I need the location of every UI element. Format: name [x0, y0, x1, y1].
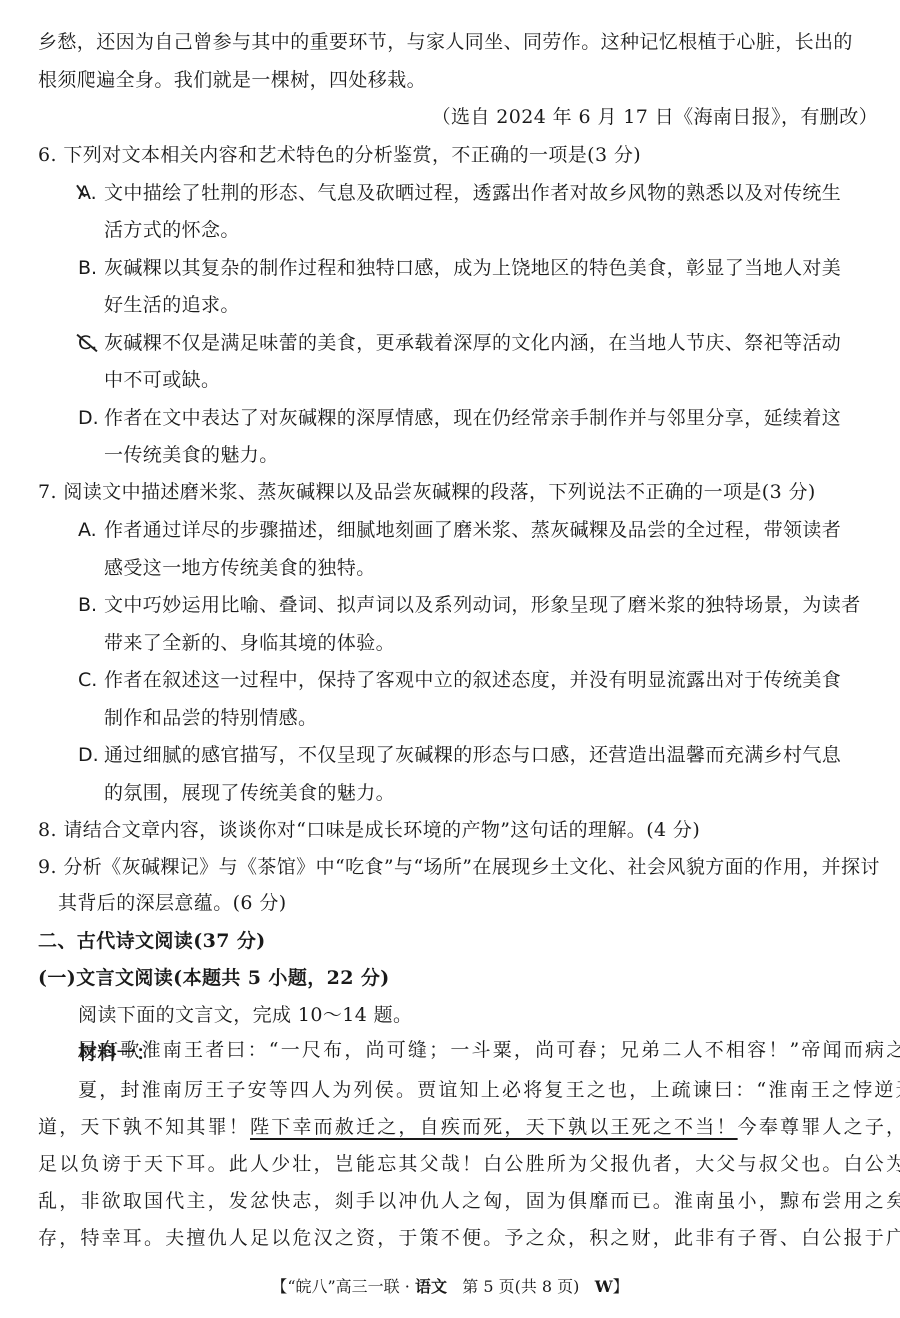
option-text: 活方式的怀念。 [104, 218, 240, 242]
question-9-stem: 9. 分析《灰碱粿记》与《茶馆》中“吃食”与“场所”在展现乡土文化、社会风貌方面… [38, 855, 880, 879]
option-text: 制作和品尝的特别情感。 [104, 706, 317, 730]
option-label: B. [78, 256, 97, 280]
question-6-stem: 6. 下列对文本相关内容和艺术特色的分析鉴赏，不正确的一项是(3 分) [38, 143, 641, 167]
text-segment: 今奉尊罪人之子，适 [738, 1116, 900, 1138]
option-label: A. [78, 518, 97, 542]
footer-close-bracket: 】 [613, 1277, 629, 1296]
option-text: 作者通过详尽的步骤描述，细腻地刻画了磨米浆、蒸灰碱粿及品尝的全过程，带领读者 [104, 518, 841, 542]
question-7-stem: 7. 阅读文中描述磨米浆、蒸灰碱粿以及品尝灰碱粿的段落，下列说法不正确的一项是(… [38, 480, 816, 504]
option-label: D. [78, 743, 99, 767]
reading-instruction: 阅读下面的文言文，完成 10～14 题。 [78, 1003, 412, 1027]
option-text: 中不可或缺。 [104, 368, 220, 392]
option-label: B. [78, 593, 97, 617]
classical-text-line-5: 存，特幸耳。夫擅仇人足以危汉之资，于策不便。予之众，积之财，此非有子胥、白公报于… [38, 1226, 900, 1250]
question-8-stem: 8. 请结合文章内容，谈谈你对“口味是成长环境的产物”这句话的理解。(4 分) [38, 818, 700, 842]
footer-separator: · [400, 1277, 415, 1296]
question-9-stem-cont: 其背后的深层意蕴。(6 分) [58, 891, 287, 915]
section-2-title: 二、古代诗文阅读(37 分) [38, 929, 266, 953]
option-label: D. [78, 406, 99, 430]
option-text: 灰碱粿以其复杂的制作过程和独特口感，成为上饶地区的特色美食，彰显了当地人对美 [104, 256, 841, 280]
footer-open-bracket: 【 [271, 1277, 287, 1296]
option-text: 作者在文中表达了对灰碱粿的深厚情感，现在仍经常亲手制作并与邻里分享，延续着这 [104, 406, 841, 430]
passage-line: 根须爬遍全身。我们就是一棵树，四处移栽。 [38, 68, 426, 92]
classical-text-line: 道，天下孰不知其罪！陛下幸而赦迁之，自疾而死，天下孰以王死之不当！今奉尊罪人之子… [38, 1115, 900, 1139]
option-text: 作者在叙述这一过程中，保持了客观中立的叙述态度，并没有明显流露出对于传统美食 [104, 668, 841, 692]
classical-text-line: 乱，非欲取国代主，发忿快志，剡手以冲仇人之匈，固为俱靡而已。淮南虽小，黥布尝用之… [38, 1189, 900, 1213]
passage-line: 乡愁，还因为自己曾参与其中的重要环节，与家人同坐、同劳作。这种记忆根植于心脏，长… [38, 30, 853, 54]
option-text: 灰碱粿不仅是满足味蕾的美食，更承载着深厚的文化内涵，在当地人节庆、祭祀等活动 [104, 331, 841, 355]
footer-exam-name: “皖八”高三一联 [287, 1277, 399, 1296]
option-text: 带来了全新的、身临其境的体验。 [104, 631, 395, 655]
footer-page-info: 第 5 页(共 8 页) [462, 1277, 579, 1296]
option-text: 的氛围，展现了传统美食的魅力。 [104, 781, 395, 805]
page-footer: 【“皖八”高三一联 · 语文 第 5 页(共 8 页) W】 [0, 1276, 900, 1298]
option-text: 通过细腻的感官描写，不仅呈现了灰碱粿的形态与口感，还营造出温馨而充满乡村气息 [104, 743, 841, 767]
option-text: 感受这一地方传统美食的独特。 [104, 556, 376, 580]
classical-text-line: 民有歌淮南王者曰：“一尺布，尚可缝；一斗粟，尚可舂；兄弟二人不相容！”帝闻而病之… [78, 1038, 900, 1062]
footer-subject: 语文 [415, 1277, 447, 1296]
option-label: C. [78, 668, 97, 692]
passage-source: （选自 2024 年 6 月 17 日《海南日报》，有删改） [432, 105, 878, 129]
classical-text-line: 夏，封淮南厉王子安等四人为列侯。贾谊知上必将复王之也，上疏谏曰：“淮南王之悖逆无 [78, 1078, 900, 1102]
underlined-sentence: 陛下幸而赦迁之，自疾而死，天下孰以王死之不当！ [250, 1116, 738, 1138]
classical-text-line: 足以负谤于天下耳。此人少壮，岂能忘其父哉！白公胜所为父报仇者，大父与叔父也。白公… [38, 1152, 900, 1176]
option-text: 文中巧妙运用比喻、叠词、拟声词以及系列动词，形象呈现了磨米浆的独特场景，为读者 [104, 593, 861, 617]
footer-code: W [595, 1277, 613, 1296]
option-text: 文中描绘了牡荆的形态、气息及砍晒过程，透露出作者对故乡风物的熟悉以及对传统生 [104, 181, 841, 205]
option-text: 好生活的追求。 [104, 293, 240, 317]
subsection-title: (一)文言文阅读(本题共 5 小题，22 分) [38, 966, 390, 990]
text-segment: 道，天下孰不知其罪！ [38, 1116, 250, 1138]
option-text: 一传统美食的魅力。 [104, 443, 279, 467]
exam-page: 乡愁，还因为自己曾参与其中的重要环节，与家人同坐、同劳作。这种记忆根植于心脏，长… [0, 0, 900, 1318]
